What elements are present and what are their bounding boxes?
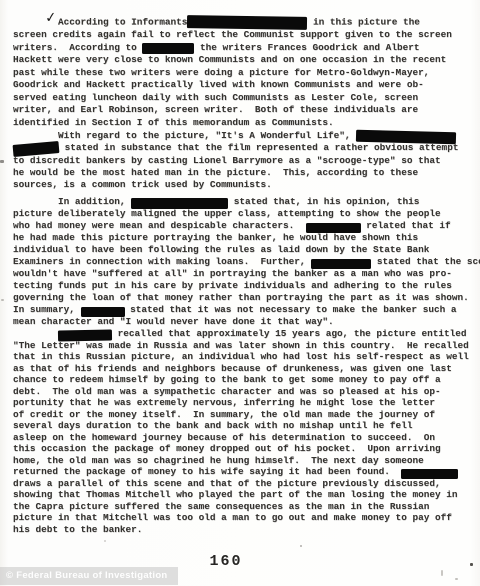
memo-line: stated in substance that the film repres… xyxy=(13,142,480,154)
memo-text: mean character and "I would never have d… xyxy=(13,316,334,327)
scan-speck xyxy=(1,299,4,301)
memo-text: that in this Russian picture, an individ… xyxy=(13,351,469,362)
memo-text: stated that, in his opinion, this xyxy=(228,196,419,207)
scan-speck xyxy=(470,563,473,566)
memo-text: With regard to the picture, "It's A Wond… xyxy=(13,130,356,141)
memo-line: debt. The old man was a sympathetic char… xyxy=(13,386,480,398)
memo-text: picture deliberately maligned the upper … xyxy=(13,208,441,219)
memo-line: chance to redeem himself by going to the… xyxy=(13,374,480,386)
memo-text: picture in that Mitchell was too old a m… xyxy=(13,512,452,523)
memo-line: several days duration to the bank and ba… xyxy=(13,420,480,432)
memo-text: this occasion the package of money dropp… xyxy=(13,443,441,454)
memo-text: past while these two writers were doing … xyxy=(13,67,429,78)
memo-text: portunity that he was extremely nervous,… xyxy=(13,397,435,408)
memo-line: tecting funds put in his care by private… xyxy=(13,280,480,292)
memo-line: individual to have been following the ru… xyxy=(13,244,480,256)
memo-text: related that if xyxy=(361,220,451,231)
memo-text xyxy=(13,328,58,339)
memo-line: who had money were mean and despicable c… xyxy=(13,220,480,232)
memo-text: screen credits again fail to reflect the… xyxy=(13,29,452,40)
memo-text: wouldn't have "suffered at all" in portr… xyxy=(13,268,452,279)
memo-text: several days duration to the bank and ba… xyxy=(13,420,412,431)
memo-line: his debt to the banker. xyxy=(13,524,480,536)
memo-line: governing the loan of that money rather … xyxy=(13,292,480,304)
memo-text: home, the old man was so chagrined he hu… xyxy=(13,455,424,466)
memo-line: wouldn't have "suffered at all" in portr… xyxy=(13,268,480,280)
memo-line: With regard to the picture, "It's A Wond… xyxy=(13,130,480,142)
memo-line: returned the package of money to his wif… xyxy=(13,466,480,478)
memo-text: chance to redeem himself by going to the… xyxy=(13,374,441,385)
memo-text: in this picture the xyxy=(307,17,420,28)
handwritten-check-mark: ✓ xyxy=(44,9,57,26)
memo-line: Examiners in connection with making loan… xyxy=(13,256,480,268)
redaction-bar xyxy=(306,223,361,233)
redaction-bar xyxy=(187,15,307,30)
paragraph-4: recalled that approximately 15 years ago… xyxy=(13,328,480,535)
redaction-bar xyxy=(356,129,456,144)
memo-text: he would be the most hated man in the pi… xyxy=(13,167,418,178)
scan-speck xyxy=(104,540,106,542)
memo-text: sources, is a common trick used by Commu… xyxy=(13,179,272,190)
memo-line: recalled that approximately 15 years ago… xyxy=(13,328,480,340)
redaction-bar xyxy=(131,198,228,209)
memo-text: stated that the scene xyxy=(371,256,480,267)
memo-line: picture deliberately maligned the upper … xyxy=(13,208,480,220)
memo-text: In summary, xyxy=(13,304,81,315)
memo-line: Hackett were very close to known Communi… xyxy=(13,54,480,67)
memo-line: picture in that Mitchell was too old a m… xyxy=(13,512,480,524)
memo-line: the Capra picture suffered the same cons… xyxy=(13,501,480,513)
memo-line: this occasion the package of money dropp… xyxy=(13,443,480,455)
memo-line: showing that Thomas Mitchell who played … xyxy=(13,489,480,501)
memo-text: the Capra picture suffered the same cons… xyxy=(13,501,429,512)
memo-line: he would be the most hated man in the pi… xyxy=(13,167,480,179)
memo-body-text: According to Informants in this picture … xyxy=(0,0,480,586)
memo-line: identified in Section I of this memorand… xyxy=(13,117,480,130)
memo-line: writer, and Earl Robinson, screen writer… xyxy=(13,104,480,117)
memo-text: tecting funds put in his care by private… xyxy=(13,280,452,291)
memo-line: According to Informants in this picture … xyxy=(13,16,480,29)
memo-text: Goodrick and Hackett practically lived w… xyxy=(13,79,424,90)
memo-line: screen credits again fail to reflect the… xyxy=(13,29,480,42)
memo-text: writer, and Earl Robinson, screen writer… xyxy=(13,104,418,115)
watermark-credit: © Federal Bureau of Investigation xyxy=(0,567,178,585)
memo-text: stated that it was not necessary to make… xyxy=(125,304,457,315)
memo-text: of credit or the money itself. In summar… xyxy=(13,409,435,420)
memo-text: draws a parallel of this scene and that … xyxy=(13,478,441,489)
paragraph-3: In addition, stated that, in his opinion… xyxy=(13,196,480,328)
memo-text: In addition, xyxy=(13,196,131,207)
memo-text: stated in substance that the film repres… xyxy=(59,142,458,153)
scan-speck xyxy=(300,545,302,547)
memo-line: writers. According to the writers France… xyxy=(13,42,480,55)
memo-text: returned the package of money to his wif… xyxy=(13,466,401,477)
memo-line: served eating luncheon daily with such C… xyxy=(13,92,480,105)
memo-text: individual to have been following the ru… xyxy=(13,244,429,255)
memo-line: to discredit bankers by casting Lionel B… xyxy=(13,155,480,167)
scanned-memo-page: According to Informants in this picture … xyxy=(0,0,480,586)
memo-line: that in this Russian picture, an individ… xyxy=(13,351,480,363)
redaction-bar xyxy=(311,259,371,269)
memo-line: he had made this picture portraying the … xyxy=(13,232,480,244)
memo-text: "The Letter" was made in Russia and was … xyxy=(13,340,469,351)
memo-text: According to Informants xyxy=(13,17,187,28)
memo-line: Goodrick and Hackett practically lived w… xyxy=(13,79,480,92)
memo-text: Hackett were very close to known Communi… xyxy=(13,54,446,65)
memo-text: he had made this picture portraying the … xyxy=(13,232,418,243)
paragraph-1: According to Informants in this picture … xyxy=(13,16,480,129)
memo-text: identified in Section I of this memorand… xyxy=(13,117,334,128)
redaction-bar xyxy=(81,307,125,317)
memo-text: governing the loan of that money rather … xyxy=(13,292,469,303)
scan-speck xyxy=(441,570,443,576)
redaction-bar xyxy=(142,43,194,54)
memo-text: Examiners in connection with making loan… xyxy=(13,256,311,267)
memo-text: who had money were mean and despicable c… xyxy=(13,220,306,231)
memo-line: sources, is a common trick used by Commu… xyxy=(13,179,480,191)
memo-line: past while these two writers were doing … xyxy=(13,67,480,80)
memo-text: served eating luncheon daily with such C… xyxy=(13,92,418,103)
memo-text: writers. According to xyxy=(13,42,142,53)
memo-text: debt. The old man was a sympathetic char… xyxy=(13,386,441,397)
scan-speck xyxy=(0,160,4,163)
memo-text: asleep on the homeward journey because o… xyxy=(13,432,435,443)
memo-line: mean character and "I would never have d… xyxy=(13,316,480,328)
memo-line: of credit or the money itself. In summar… xyxy=(13,409,480,421)
memo-line: "The Letter" was made in Russia and was … xyxy=(13,340,480,352)
memo-text: recalled that approximately 15 years ago… xyxy=(112,328,466,339)
memo-text: his debt to the banker. xyxy=(13,524,142,535)
memo-line: home, the old man was so chagrined he hu… xyxy=(13,455,480,467)
scan-speck xyxy=(455,578,458,580)
memo-line: In summary, stated that it was not neces… xyxy=(13,304,480,316)
memo-line: as that of his friends and neighbors bec… xyxy=(13,363,480,375)
memo-text: to discredit bankers by casting Lionel B… xyxy=(13,155,441,166)
memo-text: the writers Frances Goodrick and Albert xyxy=(194,42,419,53)
memo-line: draws a parallel of this scene and that … xyxy=(13,478,480,490)
memo-text: as that of his friends and neighbors bec… xyxy=(13,363,452,374)
memo-line: In addition, stated that, in his opinion… xyxy=(13,196,480,208)
memo-line: portunity that he was extremely nervous,… xyxy=(13,397,480,409)
redaction-bar xyxy=(58,329,112,341)
paragraph-2: With regard to the picture, "It's A Wond… xyxy=(13,130,480,191)
memo-line: asleep on the homeward journey because o… xyxy=(13,432,480,444)
memo-text: showing that Thomas Mitchell who played … xyxy=(13,489,457,500)
